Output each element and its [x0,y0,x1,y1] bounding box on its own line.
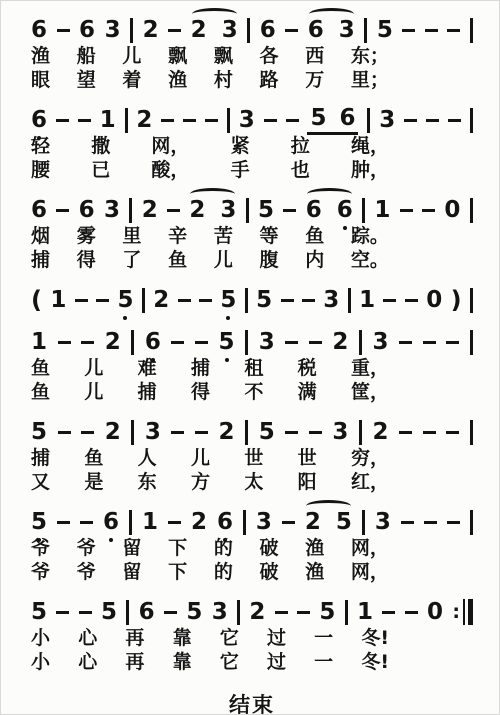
lyric-syllable: 捕 [191,357,210,379]
note-low-octave: 5 [219,329,235,355]
note: 6 [306,197,322,223]
lyric-syllable: 拉 [291,135,310,157]
lyric-syllable: 酸， [151,159,189,181]
music-line: 66322356610 [31,197,473,223]
duration-dash [81,431,94,434]
lyric-syllable: 穷， [351,447,389,469]
lyric-syllable: 捕 [31,447,50,469]
duration-dash [81,341,94,344]
duration-dash [383,299,396,302]
lyric-syllable: 捕 [31,249,50,271]
barline [345,600,348,625]
lyric-syllable: 绳， [351,135,389,157]
lyric-syllable: 万 [305,69,324,91]
end-label: 结束 [31,689,473,715]
barline [359,420,362,445]
duration-dash [402,29,415,32]
note: 6 [79,197,95,223]
lyric-syllable: 里 [122,225,141,247]
note: 5 [258,197,274,223]
system-6: 5232532捕鱼人儿世世穷，又是东方太阳红， [31,419,473,493]
duration-dash [79,611,92,614]
lyric-syllable: 也 [291,159,310,181]
note: 2 [191,509,207,535]
lyrics-line-1: 渔船儿飘飘各西东； [31,45,389,67]
duration-dash [80,521,93,524]
lyric-syllable: 儿 [191,447,210,469]
lyric-syllable: 鱼 [168,249,187,271]
lyric-syllable: 儿 [214,249,233,271]
lyric-syllable: 靠 [173,651,192,673]
lyrics-line-1: 烟雾里辛苦等鱼踪。 [31,225,389,247]
lyric-syllable: 空。 [351,249,389,271]
lyric-syllable: 过 [267,651,286,673]
thin-barline [463,599,465,625]
note: 3 [373,329,389,355]
duration-dash [78,119,91,122]
barline [470,18,473,43]
duration-dash [171,341,184,344]
note: 2 [105,329,121,355]
note: 5 [377,17,393,43]
lyric-syllable: 腹 [260,249,279,271]
lyric-syllable: 等 [260,225,279,247]
note: 3 [379,107,395,133]
note-low-octave: 6 [145,329,161,355]
lyric-syllable: 东； [351,45,389,67]
lyric-syllable: 它 [220,627,239,649]
beamed-notes: 56 [307,105,358,135]
lyric-syllable: 村 [214,69,233,91]
duration-dash [199,299,212,302]
note: 1 [359,287,375,313]
note: 1 [142,509,158,535]
lyric-syllable: 世 [298,447,317,469]
duration-dash [447,29,460,32]
lyric-syllable: 网， [151,135,189,157]
note: 3 [323,287,339,313]
note: 5 [259,419,275,445]
note: 3 [222,17,238,43]
duration-dash [195,341,208,344]
slur-group: 25 [305,509,352,535]
lyrics-line-1: 小心再靠它过一冬! [31,627,389,649]
note-low-octave: 5 [117,287,133,313]
system-2: 6123563轻撒网，紧拉绳，腰已酸，手也肿， [31,107,473,181]
lyric-syllable: 飘 [214,45,233,67]
lyrics-line-2: 腰已酸，手也肿， [31,159,389,181]
lyric-syllable: 满 [298,381,317,403]
system-4: (15255310) [31,287,473,313]
lyric-syllable: 渔 [305,537,324,559]
slur-group: 66 [306,197,353,223]
barline [131,420,134,445]
lyric-syllable: 又 [31,471,50,493]
duration-dash [448,119,461,122]
music-line: (15255310) [31,287,473,313]
lyric-syllable: 一 [314,627,333,649]
duration-dash [58,431,71,434]
barline [364,18,367,43]
duration-dash [426,119,439,122]
sheet-music-page: 6632236635渔船儿飘飘各西东；眼望着渔村路万里；6123563轻撒网，紧… [0,0,500,715]
lyric-syllable: 网， [351,537,389,559]
duration-dash [285,29,298,32]
barline [470,330,473,355]
note: 3 [375,509,391,535]
lyrics-line-2: 爷爷留下的破渔网， [31,561,389,583]
lyric-syllable: 爷 [31,561,50,583]
music-line: 6632236635 [31,17,473,43]
lyric-syllable: 紧 [231,135,250,157]
duration-dash [399,341,412,344]
lyric-syllable: 捕 [138,381,157,403]
lyrics-line-1: 鱼儿难捕租税重， [31,357,389,379]
lyric-syllable: 鱼 [31,381,50,403]
barline [470,420,473,445]
note: 2 [142,197,158,223]
lyric-syllable: 苦 [214,225,233,247]
barline [243,510,246,535]
duration-dash [400,209,413,212]
note: 6 [339,105,355,131]
duration-dash [297,611,310,614]
lyric-syllable: 再 [125,627,144,649]
lyric-syllable: 了 [122,249,141,271]
lyrics-line-1: 轻撒网，紧拉绳， [31,135,389,157]
lyric-syllable: 飘 [168,45,187,67]
lyric-syllable: 阳 [298,471,317,493]
note: 2 [373,419,389,445]
note: 3 [104,197,120,223]
duration-dash [447,521,460,524]
lyric-syllable: 冬! [361,651,389,673]
duration-dash [309,341,322,344]
note: 2 [136,107,152,133]
lyric-syllable: 租 [244,357,263,379]
lyric-syllable: 小 [31,627,50,649]
barline [359,330,362,355]
note: 3 [212,599,228,625]
note: 3 [239,107,255,133]
lyric-syllable: 冬! [361,627,389,649]
lyric-syllable: 腰 [31,159,50,181]
note: 1 [357,599,373,625]
note: 5 [186,599,202,625]
duration-dash [401,521,414,524]
lyric-syllable: 不 [244,381,263,403]
note: 3 [256,509,272,535]
note: 2 [305,509,321,535]
note: 5 [256,287,272,313]
system-1: 6632236635渔船儿飘飘各西东；眼望着渔村路万里； [31,17,473,91]
music-line: 561263253 [31,509,473,535]
duration-dash [446,341,459,344]
note: 5 [101,599,117,625]
music-line: 6123563 [31,107,473,133]
slur-group: 23 [191,17,238,43]
duration-dash [283,209,296,212]
music-line: 1265323 [31,329,473,355]
duration-dash [161,119,174,122]
thick-barline [468,599,473,625]
note: 2 [153,287,169,313]
barline [470,510,473,535]
duration-dash [58,341,71,344]
lyric-syllable: 路 [260,69,279,91]
lyric-syllable: 儿 [84,357,103,379]
duration-dash [171,431,184,434]
duration-dash [96,299,109,302]
lyric-syllable: 渔 [168,69,187,91]
lyric-syllable: 是 [84,471,103,493]
system-3: 66322356610烟雾里辛苦等鱼踪。捕得了鱼儿腹内空。 [31,197,473,271]
barline [129,510,132,535]
lyric-syllable: 下 [168,561,187,583]
duration-dash [168,521,181,524]
barline [126,600,129,625]
note-low-octave: 6 [103,509,119,535]
lyric-syllable: 西 [305,45,324,67]
barline [131,330,134,355]
lyric-syllable: 里； [351,69,389,91]
duration-dash [56,611,69,614]
lyric-syllable: 筐， [351,381,389,403]
note: 3 [105,17,121,43]
note: 3 [332,419,348,445]
note: 2 [143,17,159,43]
barline [470,108,473,133]
lyric-syllable: 靠 [173,627,192,649]
note: 5 [31,419,47,445]
note-low-octave: 5 [31,509,47,535]
lyric-syllable: 一 [314,651,333,673]
barline [470,288,473,313]
lyric-syllable: 它 [220,651,239,673]
lyric-syllable: 烟 [31,225,50,247]
note: 1 [374,197,390,223]
duration-dash [285,431,298,434]
duration-dash [164,611,177,614]
lyric-syllable: 辛 [168,225,187,247]
lyric-syllable: 下 [168,537,187,559]
note: 5 [336,509,352,535]
lyric-syllable: 重， [351,357,389,379]
barline [129,198,132,223]
note: 6 [139,599,155,625]
duration-dash [75,299,88,302]
duration-dash [56,209,69,212]
lyric-syllable: 内 [305,249,324,271]
note: 1 [31,329,47,355]
lyric-syllable: 破 [260,561,279,583]
barline [227,108,230,133]
lyric-syllable: 破 [260,537,279,559]
duration-dash [275,611,288,614]
note: 6 [31,197,47,223]
lyric-syllable: 鱼 [305,225,324,247]
duration-dash [446,431,459,434]
repeat-end-barline: : [452,599,473,625]
lyric-syllable: 渔 [31,45,50,67]
lyrics-line-1: 爷爷留下的破渔网， [31,537,389,559]
lyric-syllable: 方 [191,471,210,493]
note: 1 [50,287,66,313]
lyric-syllable: 小 [31,651,50,673]
barline [125,108,128,133]
duration-dash [405,611,418,614]
barline [246,198,249,223]
duration-dash [382,611,395,614]
system-7: 561263253爷爷留下的破渔网，爷爷留下的破渔网， [31,509,473,583]
lyrics-line-2: 小心再靠它过一冬! [31,651,389,673]
lyric-syllable: 心 [78,627,97,649]
barline [247,18,250,43]
lyrics-line-1: 捕鱼人儿世世穷， [31,447,389,469]
system-8: 556532510:小心再靠它过一冬!小心再靠它过一冬! [31,599,473,673]
barline [470,198,473,223]
duration-dash [57,521,70,524]
lyric-syllable: 望 [77,69,96,91]
close-parenthesis: ) [451,287,462,313]
note: 5 [31,599,47,625]
lyric-syllable: 手 [231,159,250,181]
lyrics-line-2: 眼望着渔村路万里； [31,69,389,91]
note: 2 [189,197,205,223]
lyric-syllable: 肿， [351,159,389,181]
lyric-syllable: 得 [191,381,210,403]
lyric-syllable: 留 [122,561,141,583]
lyric-syllable: 船 [77,45,96,67]
duration-dash [282,521,295,524]
note: 5 [310,105,326,131]
repeat-dots: : [452,600,460,624]
duration-dash [195,431,208,434]
duration-dash [286,119,299,122]
note: 2 [191,17,207,43]
lyric-syllable: 红， [351,471,389,493]
lyric-syllable: 税 [298,357,317,379]
lyric-syllable: 撒 [91,135,110,157]
lyric-syllable: 踪。 [351,225,389,247]
note-low-octave: 6 [337,197,353,223]
note-low-octave: 6 [217,509,233,535]
duration-dash [423,431,436,434]
note: 2 [332,329,348,355]
duration-dash [424,521,437,524]
barline [130,18,133,43]
lyric-syllable: 留 [122,537,141,559]
lyric-syllable: 的 [214,561,233,583]
lyric-syllable: 鱼 [84,447,103,469]
note: 2 [249,599,265,625]
duration-dash [178,299,191,302]
lyric-syllable: 世 [244,447,263,469]
duration-dash [57,29,70,32]
lyric-syllable: 渔 [305,561,324,583]
note: 5 [319,599,335,625]
barline [367,108,370,133]
score: 6632236635渔船儿飘飘各西东；眼望着渔村路万里；6123563轻撒网，紧… [31,17,473,673]
lyric-syllable: 各 [260,45,279,67]
note: 2 [105,419,121,445]
lyric-syllable: 心 [78,651,97,673]
duration-dash [167,209,180,212]
note: 3 [220,197,236,223]
lyrics-line-2: 捕得了鱼儿腹内空。 [31,249,389,271]
music-line: 5232532 [31,419,473,445]
note: 3 [339,17,355,43]
duration-dash [399,431,412,434]
barline [245,288,248,313]
lyrics-line-2: 鱼儿捕得不满筐， [31,381,389,403]
lyric-syllable: 太 [244,471,263,493]
lyric-syllable: 东 [138,471,157,493]
duration-dash [309,431,322,434]
barline [362,510,365,535]
lyric-syllable: 过 [267,627,286,649]
duration-dash [404,119,417,122]
note: 6 [31,17,47,43]
lyric-syllable: 爷 [77,537,96,559]
note: 6 [260,17,276,43]
duration-dash [285,341,298,344]
lyric-syllable: 已 [91,159,110,181]
duration-dash [205,119,218,122]
lyric-syllable: 儿 [84,381,103,403]
barline [142,288,145,313]
duration-dash [264,119,277,122]
duration-dash [425,29,438,32]
lyric-syllable: 着 [122,69,141,91]
note-low-octave: 6 [31,107,47,133]
duration-dash [183,119,196,122]
slur-group: 63 [308,17,355,43]
duration-dash [405,299,418,302]
lyric-syllable: 儿 [122,45,141,67]
note: 3 [259,329,275,355]
note: 0 [427,599,443,625]
lyric-syllable: 鱼 [31,357,50,379]
barline [362,198,365,223]
barline [245,420,248,445]
duration-dash [281,299,294,302]
barline [237,600,240,625]
lyric-syllable: 再 [125,651,144,673]
duration-dash [422,209,435,212]
lyric-syllable: 爷 [77,561,96,583]
open-parenthesis: ( [31,287,42,313]
slur-group: 23 [189,197,236,223]
lyric-syllable: 得 [77,249,96,271]
duration-dash [56,119,69,122]
duration-dash [423,341,436,344]
note: 0 [426,287,442,313]
lyric-syllable: 网， [351,561,389,583]
note: 3 [145,419,161,445]
barline [245,330,248,355]
lyric-syllable: 人 [138,447,157,469]
music-line: 556532510: [31,599,473,625]
barline [348,288,351,313]
note: 6 [308,17,324,43]
duration-dash [168,29,181,32]
note: 1 [100,107,116,133]
lyric-syllable: 雾 [77,225,96,247]
lyric-syllable: 眼 [31,69,50,91]
duration-dash [302,299,315,302]
note: 2 [219,419,235,445]
